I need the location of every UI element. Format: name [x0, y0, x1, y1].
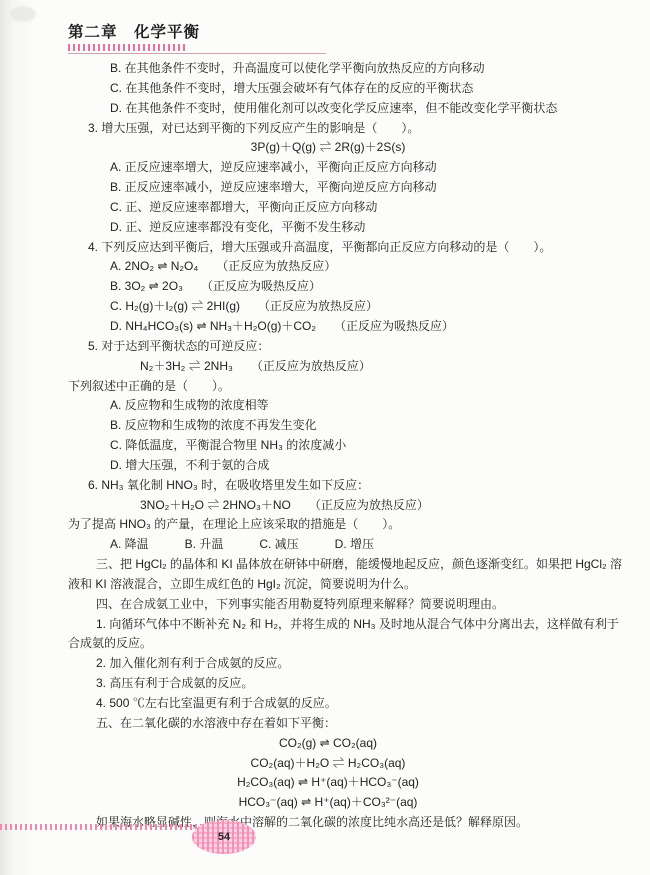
text-line: A. 2NO₂ ⇌ N₂O₄ （正反应为放热反应） — [68, 257, 588, 277]
text-line: A. 反应物和生成物的浓度相等 — [68, 396, 588, 416]
text-line: 五、在二氧化碳的水溶液中存在着如下平衡： — [68, 714, 588, 734]
chapter-header: 第二章 化学平衡 — [68, 20, 200, 42]
text-line: 4. 下列反应达到平衡后，增大压强或升高温度，平衡都向正反应方向移动的是（ ）。 — [68, 238, 588, 258]
textbook-page: 第二章 化学平衡 B. 在其他条件不变时，升高温度可以使化学平衡向放热反应的方向… — [0, 0, 650, 875]
text-line: 3. 增大压强，对已达到平衡的下列反应产生的影响是（ ）。 — [68, 119, 588, 139]
text-line: 为了提高 HNO₃ 的产量，在理论上应该采取的措施是（ ）。 — [68, 515, 588, 535]
page-number: 54 — [218, 831, 230, 843]
text-line: 3NO₂＋H₂O ⇌ 2HNO₃＋NO （正反应为放热反应） — [68, 496, 588, 516]
text-line: 四、在合成氨工业中，下列事实能否用勒夏特列原理来解释？简要说明理由。 — [68, 595, 588, 615]
text-line: D. 正、逆反应速率都没有变化，平衡不发生移动 — [68, 218, 588, 238]
text-line: C. 降低温度，平衡混合物里 NH₃ 的浓度减小 — [68, 436, 588, 456]
equation-line: CO₂(aq)＋H₂O ⇌ H₂CO₃(aq) — [68, 754, 588, 774]
page-number-badge: 54 — [192, 820, 256, 854]
equation-line: H₂CO₃(aq) ⇌ H⁺(aq)＋HCO₃⁻(aq) — [68, 773, 588, 793]
text-line: C. 在其他条件不变时，增大压强会破坏有气体存在的反应的平衡状态 — [68, 79, 588, 99]
content-lines: B. 在其他条件不变时，升高温度可以使化学平衡向放热反应的方向移动C. 在其他条… — [68, 59, 588, 833]
text-line: 4. 500 ℃左右比室温更有利于合成氨的反应。 — [68, 694, 588, 714]
text-line: B. 3O₂ ⇌ 2O₃ （正反应为吸热反应） — [68, 277, 588, 297]
text-line: D. 增大压强，不利于氨的合成 — [68, 456, 588, 476]
text-line: 液和 KI 溶液混合，立即生成红色的 HgI₂ 沉淀，简要说明为什么。 — [68, 575, 588, 595]
footer-stripe-decoration — [0, 824, 205, 830]
text-line: B. 在其他条件不变时，升高温度可以使化学平衡向放热反应的方向移动 — [68, 59, 588, 79]
text-line: 5. 对于达到平衡状态的可逆反应： — [68, 337, 588, 357]
text-line: 2. 加入催化剂有利于合成氨的反应。 — [68, 654, 588, 674]
text-line: 1. 向循环气体中不断补充 N₂ 和 H₂，并将生成的 NH₃ 及时地从混合气体… — [68, 615, 588, 635]
text-line: A. 降温 B. 升温 C. 减压 D. 增压 — [68, 535, 588, 555]
text-line: D. 在其他条件不变时，使用催化剂可以改变化学反应速率，但不能改变化学平衡状态 — [68, 99, 588, 119]
text-line: C. 正、逆反应速率都增大，平衡向正反应方向移动 — [68, 198, 588, 218]
equation-line: 3P(g)＋Q(g) ⇌ 2R(g)＋2S(s) — [68, 138, 588, 158]
text-line: 6. NH₃ 氧化制 HNO₃ 时，在吸收塔里发生如下反应： — [68, 476, 588, 496]
text-line: 下列叙述中正确的是（ ）。 — [68, 377, 588, 397]
text-line: B. 反应物和生成物的浓度不再发生变化 — [68, 416, 588, 436]
text-line: N₂＋3H₂ ⇌ 2NH₃ （正反应为放热反应） — [68, 357, 588, 377]
text-line: 三、把 HgCl₂ 的晶体和 KI 晶体放在研钵中研磨，能缓慢地起反应，颜色逐渐… — [68, 555, 588, 575]
text-line: D. NH₄HCO₃(s) ⇌ NH₃＋H₂O(g)＋CO₂ （正反应为吸热反应… — [68, 317, 588, 337]
equation-line: CO₂(g) ⇌ CO₂(aq) — [68, 734, 588, 754]
equation-line: HCO₃⁻(aq) ⇌ H⁺(aq)＋CO₃²⁻(aq) — [68, 793, 588, 813]
header-underline — [68, 44, 326, 54]
text-line: A. 正反应速率增大，逆反应速率减小，平衡向正反应方向移动 — [68, 158, 588, 178]
text-line: C. H₂(g)＋I₂(g) ⇌ 2HI(g) （正反应为放热反应） — [68, 297, 588, 317]
scan-smudge — [10, 6, 36, 22]
header-stripe-decoration — [68, 44, 186, 51]
text-line: 3. 高压有利于合成氨的反应。 — [68, 674, 588, 694]
text-line: 合成氨的反应。 — [68, 634, 588, 654]
text-line: B. 正反应速率减小，逆反应速率增大，平衡向逆反应方向移动 — [68, 178, 588, 198]
